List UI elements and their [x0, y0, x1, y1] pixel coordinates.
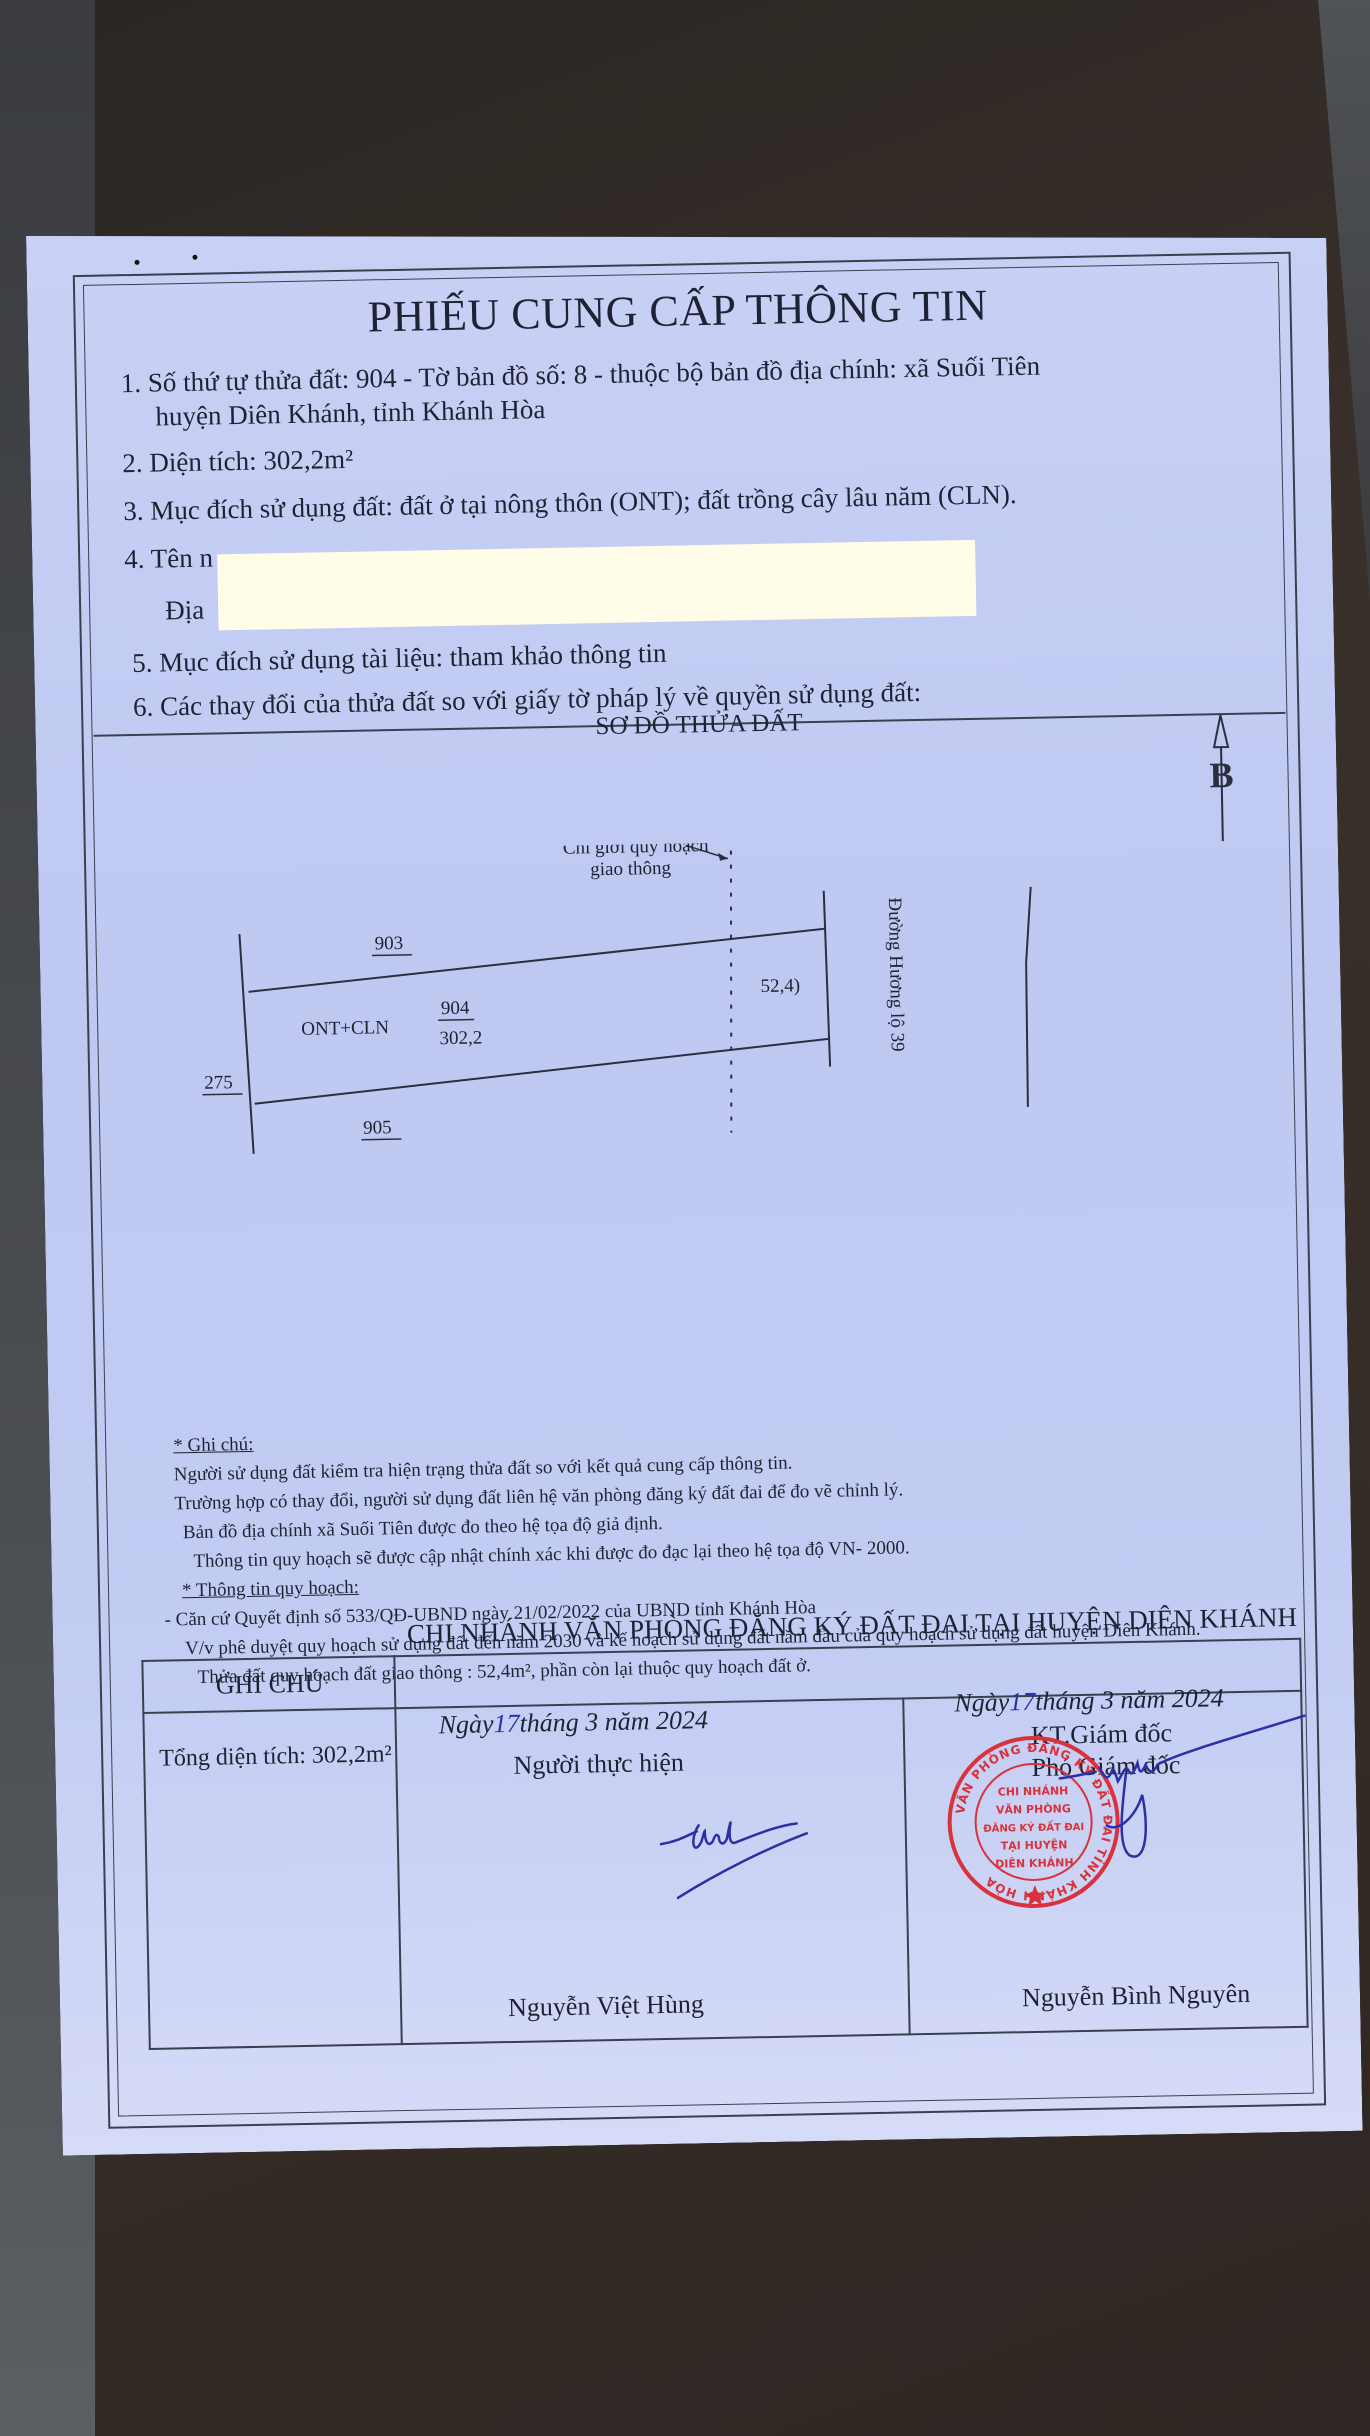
performer-role: Người thực hiện — [513, 1748, 684, 1781]
plan-boundary-label-2: giao thông — [590, 858, 672, 881]
item-2-area: 2. Diện tích: 302,2m² — [122, 444, 353, 479]
handwritten-day: 17 — [1009, 1687, 1036, 1716]
north-arrow-icon: B — [1205, 713, 1237, 844]
redaction-box — [217, 540, 976, 631]
item-4-owner-name: 4. Tên n — [124, 542, 213, 575]
neighbor-parcel-905: 905 — [363, 1117, 392, 1139]
parcel-diagram: Chỉ giới quy hoạch giao thông 903 905 27… — [198, 835, 1146, 1273]
total-area: Tổng diện tích: 302,2m² — [159, 1741, 392, 1772]
parcel-area: 302,2 — [439, 1027, 482, 1049]
neighbor-parcel-275: 275 — [204, 1072, 233, 1094]
neighbor-parcel-903: 903 — [374, 933, 403, 955]
table-col-divider — [902, 1697, 910, 2035]
parcel-use-label: ONT+CLN — [301, 1017, 389, 1040]
diagram-title: SƠ ĐỒ THỬA ĐẤT — [595, 709, 803, 741]
performer-date: Ngày17tháng 3 năm 2024 — [438, 1705, 708, 1740]
performer-signature — [656, 1811, 838, 1914]
parcel-number: 904 — [441, 998, 470, 1020]
road-setback-area: 52,4) — [760, 975, 800, 997]
road-name: Đường Hương lộ 39 — [884, 897, 908, 1052]
table-col-divider — [393, 1655, 402, 2045]
approver-signature — [1055, 1712, 1318, 1867]
north-label: B — [1209, 755, 1234, 795]
handwritten-day: 17 — [493, 1709, 520, 1738]
item-4-address-label: Địa — [165, 595, 205, 627]
performer-name: Nguyễn Việt Hùng — [508, 1989, 704, 2023]
document-paper: PHIẾU CUNG CẤP THÔNG TIN 1. Số thứ tự th… — [26, 211, 1363, 2156]
staple-hole — [192, 255, 197, 260]
table-left-border — [141, 1660, 150, 2050]
notes-column-header: GHI CHÚ — [216, 1669, 324, 1701]
staple-hole — [134, 260, 139, 265]
approver-name: Nguyễn Bình Nguyên — [1022, 1979, 1251, 2013]
